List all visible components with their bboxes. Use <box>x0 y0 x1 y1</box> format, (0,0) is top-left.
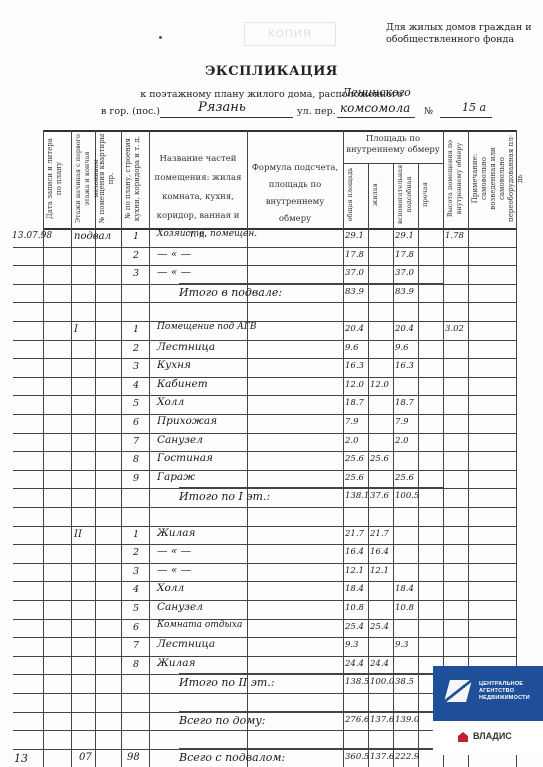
header-bottom-border <box>43 228 516 230</box>
row-no: 98 <box>127 752 140 763</box>
row-aux: 18.7 <box>395 398 414 408</box>
row-total: 25.4 <box>345 622 364 632</box>
row-room-no: 1 <box>133 324 139 335</box>
row-divider <box>13 619 516 620</box>
row-total: 138.5 <box>345 677 369 687</box>
column-divider <box>368 163 369 767</box>
column-divider <box>393 163 394 767</box>
row-aux: 9.3 <box>395 640 409 650</box>
row-total: 20.4 <box>345 324 364 334</box>
row-floor: подвал <box>74 231 111 242</box>
header-other-area: прочая <box>421 165 430 224</box>
house-icon <box>458 732 468 742</box>
table-top-border <box>43 130 516 132</box>
row-total: 83.9 <box>345 287 364 297</box>
row-room-no: 4 <box>133 584 139 595</box>
row-room-no: 5 <box>133 603 139 614</box>
header-total-area: общая площадь <box>346 165 355 224</box>
row-living: 25.4 <box>370 622 389 632</box>
subtotal-rule <box>179 711 443 712</box>
row-room-name: Кухня <box>157 359 191 371</box>
column-divider <box>418 163 419 767</box>
row-living: 25.6 <box>370 454 389 464</box>
row-aux: 7.9 <box>395 417 409 427</box>
row-floor: II <box>74 529 82 540</box>
row-total: 9.6 <box>345 343 359 353</box>
row-room-no: 1 <box>133 231 139 242</box>
row-divider <box>13 247 516 248</box>
row-divider <box>13 395 516 396</box>
row-divider <box>13 488 516 489</box>
row-floor: 07 <box>79 752 92 763</box>
row-room-name: Комната отдыха <box>157 620 242 630</box>
row-room-no: 9 <box>133 473 139 484</box>
agency-logo: ЦЕНТРАЛЬНОЕ АГЕНТСТВО НЕДВИЖИМОСТИ <box>433 666 543 721</box>
row-divider <box>13 581 516 582</box>
row-room-no: 1 <box>133 529 139 540</box>
row-room-no: 6 <box>133 622 139 633</box>
explication-table: Дата записи и литера по плануЭтажи начин… <box>0 0 543 767</box>
row-room-name: Прихожая <box>157 415 217 427</box>
header-living-area: жилая <box>371 165 380 224</box>
row-room-no: 6 <box>133 417 139 428</box>
header-date: Дата записи и литера по плану <box>46 133 64 224</box>
row-room-name: Жилая <box>157 657 195 669</box>
subtotal-rule <box>179 673 443 674</box>
row-total: 9.3 <box>345 640 359 650</box>
row-room-name: Санузел <box>157 601 203 613</box>
row-room-name: Холл <box>157 582 184 594</box>
row-room-no: 3 <box>133 361 139 372</box>
row-room-name: — « — <box>157 266 191 278</box>
row-aux: 222.9 <box>395 752 419 762</box>
row-date: 13 <box>14 752 28 765</box>
row-room-name: Гараж <box>157 471 195 483</box>
agency-logo-icon <box>444 680 472 702</box>
row-living: 21.7 <box>370 529 389 539</box>
subtotal-rule <box>179 748 443 749</box>
row-aux: 17.8 <box>395 250 414 260</box>
row-total: 10.8 <box>345 603 364 613</box>
row-total: 12.0 <box>345 380 364 390</box>
row-room-name: Лестница <box>157 341 215 353</box>
row-total: 18.7 <box>345 398 364 408</box>
row-room-name: — « — <box>157 248 191 260</box>
row-total: 24.4 <box>345 659 364 669</box>
row-living: 137.6 <box>370 752 394 762</box>
row-total: 25.6 <box>345 473 364 483</box>
row-room-no: 2 <box>133 343 139 354</box>
row-divider <box>13 377 516 378</box>
subtotal-label: Всего с подвалом: <box>179 751 285 764</box>
column-divider <box>247 130 248 767</box>
agency-name-line-3: НЕДВИЖИМОСТИ <box>479 695 530 702</box>
agency-name-line-2: АГЕНТСТВО <box>479 688 530 695</box>
subtotal-rule <box>179 283 443 284</box>
row-divider <box>13 265 516 266</box>
row-divider <box>13 637 516 638</box>
row-divider <box>13 656 516 657</box>
row-total: 12.1 <box>345 566 364 576</box>
row-aux: 37.0 <box>395 268 414 278</box>
row-divider <box>13 414 516 415</box>
subtotal-label: Итого в подвале: <box>179 286 282 299</box>
row-room-no: 7 <box>133 640 139 651</box>
row-room-no: 3 <box>133 268 139 279</box>
row-total: 17.8 <box>345 250 364 260</box>
row-divider <box>13 358 516 359</box>
row-room-name: Кабинет <box>157 378 208 390</box>
row-total: 360.5 <box>345 752 369 762</box>
subtotal-rule <box>179 487 443 488</box>
row-room-name: Санузел <box>157 434 203 446</box>
row-aux: 139.0 <box>395 715 419 725</box>
row-total: 21.7 <box>345 529 364 539</box>
header-apartment-no: № помещения квартиры пр. <box>98 133 116 224</box>
row-divider <box>13 507 516 508</box>
row-aux: 100.5 <box>395 491 419 501</box>
row-living: 12.1 <box>370 566 389 576</box>
row-living: 37.6 <box>370 491 389 501</box>
subtotal-label: Итого по I эт.: <box>179 490 270 503</box>
column-divider <box>71 130 72 767</box>
column-divider <box>121 130 122 767</box>
row-room-name: Хозяйств. помещен. <box>157 229 257 239</box>
row-aux: 20.4 <box>395 324 414 334</box>
header-note: Примечание: самовольно возведенная или с… <box>471 133 525 224</box>
row-room-no: 2 <box>133 547 139 558</box>
row-living: 100.0 <box>370 677 394 687</box>
row-room-no: 7 <box>133 436 139 447</box>
row-divider <box>13 302 516 303</box>
header-aux-area: вспомогательная подсобная <box>396 165 414 224</box>
row-divider <box>13 321 516 322</box>
row-total: 25.6 <box>345 454 364 464</box>
row-divider <box>13 433 516 434</box>
row-height: 3.02 <box>445 324 464 334</box>
row-divider <box>13 284 516 285</box>
row-total: 16.4 <box>345 547 364 557</box>
row-aux: 9.6 <box>395 343 409 353</box>
row-divider <box>13 340 516 341</box>
row-divider <box>13 563 516 564</box>
row-divider <box>13 544 516 545</box>
row-living: 24.4 <box>370 659 389 669</box>
row-height: 1.78 <box>445 231 464 241</box>
row-aux: 10.8 <box>395 603 414 613</box>
row-floor: I <box>74 324 78 335</box>
subtotal-label: Всего по дому: <box>179 714 265 727</box>
row-room-no: 2 <box>133 250 139 261</box>
row-room-no: 5 <box>133 398 139 409</box>
row-room-name: — « — <box>157 545 191 557</box>
row-divider <box>13 451 516 452</box>
row-total: 138.1 <box>345 491 369 501</box>
row-total: 16.3 <box>345 361 364 371</box>
column-divider <box>343 130 344 767</box>
row-divider <box>13 526 516 527</box>
row-aux: 16.3 <box>395 361 414 371</box>
brand-logo: ВЛАДИС <box>433 721 543 755</box>
row-room-no: 3 <box>133 566 139 577</box>
row-total: 7.9 <box>345 417 359 427</box>
column-divider <box>95 130 96 767</box>
row-room-name: Помещение под АГВ <box>157 322 256 332</box>
row-living: 16.4 <box>370 547 389 557</box>
brand-name: ВЛАДИС <box>473 731 512 741</box>
row-aux: 25.6 <box>395 473 414 483</box>
header-room-no: № по плану, строения кухни, коридора и т… <box>124 133 142 224</box>
row-total: 276.6 <box>345 715 369 725</box>
row-room-no: 8 <box>133 659 139 670</box>
row-room-name: — « — <box>157 564 191 576</box>
agency-name-line-1: ЦЕНТРАЛЬНОЕ <box>479 681 530 688</box>
row-aux: 38.5 <box>395 677 414 687</box>
header-area-group: Площадь по внутреннему обмеру <box>345 134 441 156</box>
row-living: 12.0 <box>370 380 389 390</box>
row-room-name: Холл <box>157 396 184 408</box>
column-divider <box>149 130 150 767</box>
header-formula: Формула подсчета, площадь по внутреннему… <box>251 160 339 228</box>
row-room-name: Жилая <box>157 527 195 539</box>
row-divider <box>13 600 516 601</box>
subtotal-label: Итого по II эт.: <box>179 676 275 689</box>
row-aux: 2.0 <box>395 436 409 446</box>
row-total: 29.1 <box>345 231 364 241</box>
row-aux: 18.4 <box>395 584 414 594</box>
row-room-name: Гостиная <box>157 452 213 464</box>
row-aux: 83.9 <box>395 287 414 297</box>
row-aux: 29.1 <box>395 231 414 241</box>
row-room-name: Лестница <box>157 638 215 650</box>
header-floors: Этажи начиная с первого этажа и кончая м… <box>74 133 101 224</box>
row-divider <box>13 470 516 471</box>
row-total: 18.4 <box>345 584 364 594</box>
row-room-no: 8 <box>133 454 139 465</box>
row-date: 13.07.98 <box>12 231 52 241</box>
row-living: 137.6 <box>370 715 394 725</box>
header-height: Высота помещения по внутреннему обмеру <box>446 133 464 224</box>
row-room-no: 4 <box>133 380 139 391</box>
row-total: 2.0 <box>345 436 359 446</box>
column-divider <box>43 130 44 767</box>
row-total: 37.0 <box>345 268 364 278</box>
